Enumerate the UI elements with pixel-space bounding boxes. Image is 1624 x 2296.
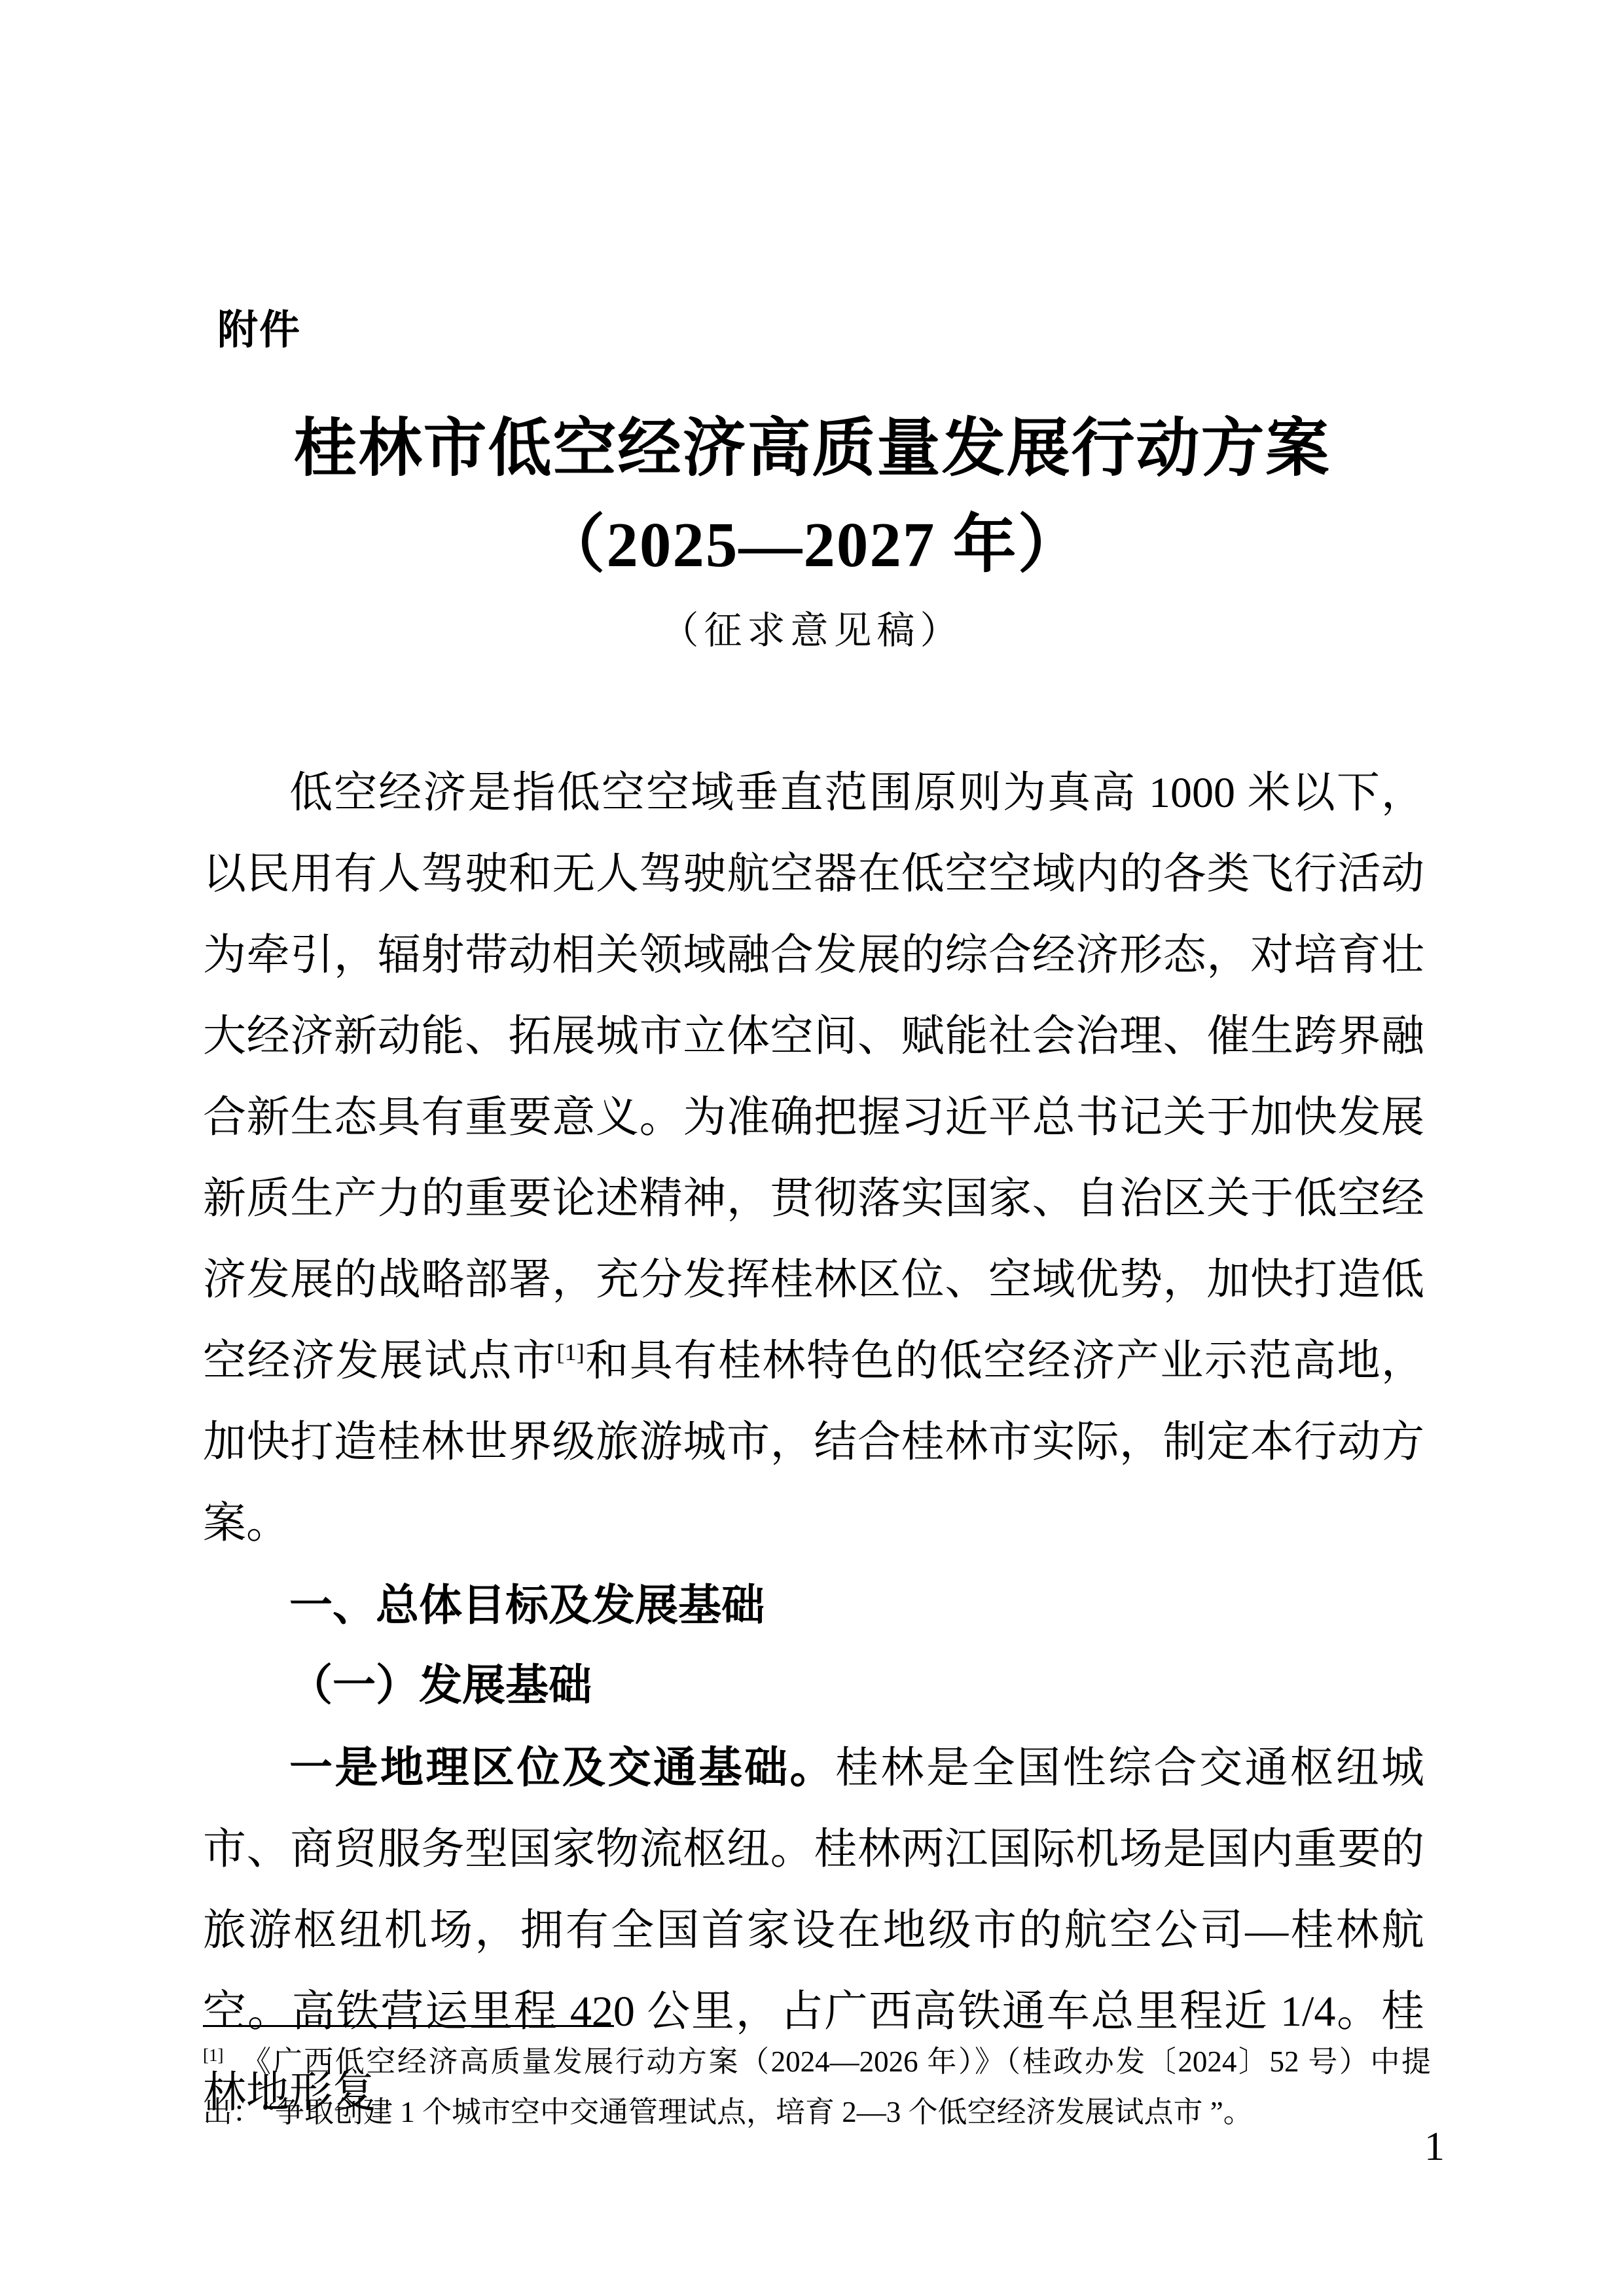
subsection-heading-development-basis: （一）发展基础	[203, 1645, 1424, 1727]
footnote-reference-1: [1]	[556, 1339, 584, 1365]
footnote-separator	[203, 2025, 614, 2027]
title-line-2: （2025—2027 年）	[0, 497, 1624, 593]
title-line-1: 桂林市低空经济高质量发展行动方案	[0, 401, 1624, 497]
page-number: 1	[1424, 2125, 1445, 2169]
document-page: 附件 桂林市低空经济高质量发展行动方案 （2025—2027 年） （征求意见稿…	[0, 0, 1624, 2296]
paragraph-intro-text: 低空经济是指低空空域垂直范围原则为真高 1000 米以下，以民用有人驾驶和无人驾…	[203, 769, 1424, 1385]
document-title: 桂林市低空经济高质量发展行动方案 （2025—2027 年）	[0, 401, 1624, 593]
footnote-text-1: 《广西低空经济高质量发展行动方案（2024—2026 年）》（桂政办发〔2024…	[203, 2045, 1431, 2128]
footnote-marker-1: [1]	[203, 2045, 223, 2065]
section-heading-overall-goals: 一、总体目标及发展基础	[203, 1564, 1424, 1645]
footnote-1: [1] 《广西低空经济高质量发展行动方案（2024—2026 年）》（桂政办发〔…	[203, 2037, 1431, 2138]
attachment-label: 附件	[217, 306, 301, 355]
paragraph-geography-lead: 一是地理区位及交通基础。	[289, 1743, 835, 1791]
document-body: 低空经济是指低空空域垂直范围原则为真高 1000 米以下，以民用有人驾驶和无人驾…	[203, 753, 1424, 2134]
draft-note: （征求意见稿）	[0, 600, 1624, 655]
paragraph-intro: 低空经济是指低空空域垂直范围原则为真高 1000 米以下，以民用有人驾驶和无人驾…	[203, 753, 1424, 1564]
